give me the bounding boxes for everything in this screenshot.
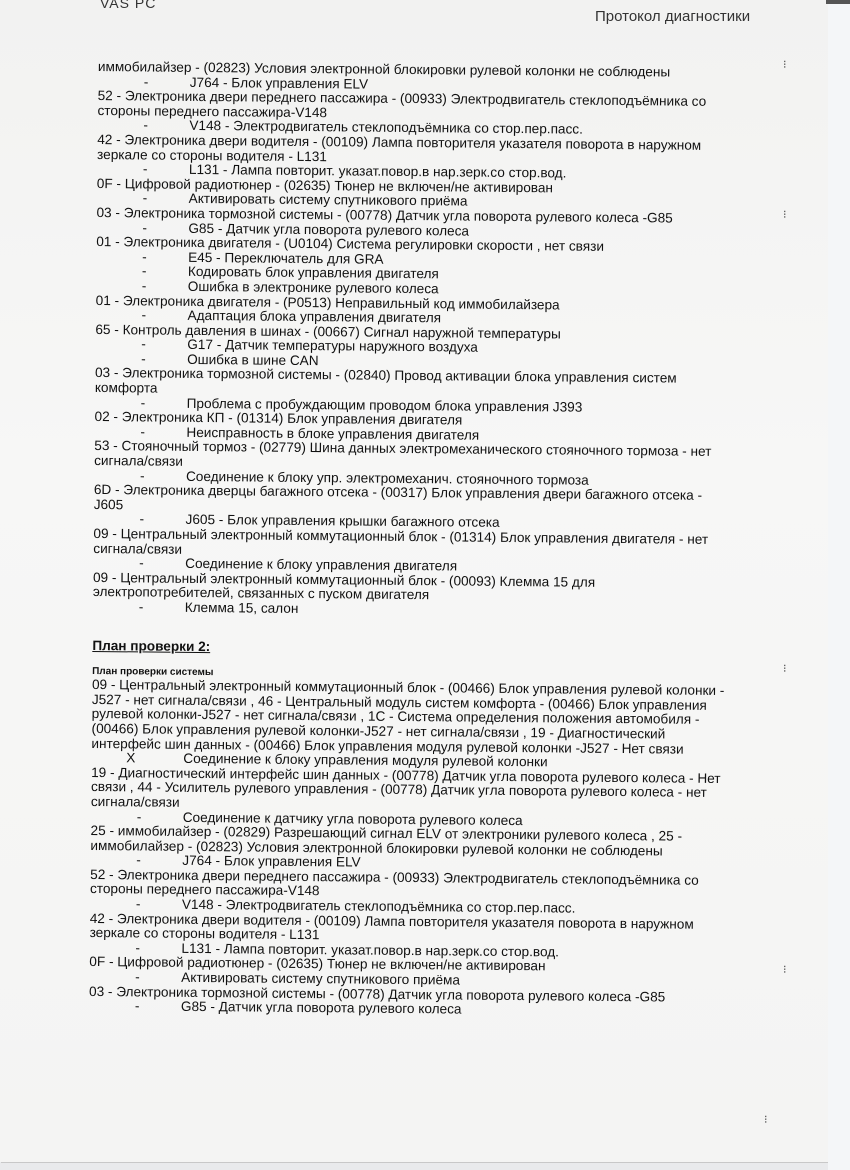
x-marker: X (126, 751, 135, 766)
bullet-dash: - (142, 250, 147, 265)
bullet-dash: - (144, 75, 149, 90)
page-edge-shadow (826, 0, 850, 4)
bullet-dash: - (141, 338, 146, 353)
fault-action-text: J605 - Блок управления крышки багажного … (186, 512, 500, 530)
bullet-dash: - (142, 221, 147, 236)
fault-action-text: Клемма 15, салон (185, 600, 299, 616)
punch-hole-mark: ⁝ (783, 963, 787, 976)
fault-action-text: Ошибка в шине CAN (187, 352, 319, 368)
fault-action-text: Неисправность в блоке управления двигате… (186, 425, 479, 443)
fault-action-text: L131 - Лампа повторит. указат.повор.в на… (181, 941, 559, 960)
fault-entry: 09 - Центральный электронный коммутацион… (91, 678, 772, 757)
fault-action-text: J764 - Блок управления ELV (182, 853, 360, 870)
bullet-dash: - (135, 1000, 140, 1015)
fault-action-text: J764 - Блок управления ELV (190, 74, 368, 91)
bullet-dash: - (140, 469, 145, 484)
fault-action-text: Проблема с пробуждающим проводом блока у… (187, 396, 583, 415)
fault-action-text: Адаптация блока управления двигателя (187, 308, 441, 325)
fault-action-text: Активировать систему спутникового приёма (181, 970, 460, 988)
bullet-dash: - (141, 309, 146, 324)
punch-hole-mark: ⁝ (783, 662, 787, 675)
bullet-dash: - (141, 396, 146, 411)
fault-action-text: Соединение к блоку управления двигателя (185, 556, 457, 574)
fault-list-part-1: иммобилайзер - (02823) Условия электронн… (93, 60, 778, 621)
fault-action-text: L131 - Лампа повторит. указат.повор.в на… (189, 162, 567, 181)
diagnostic-protocol: иммобилайзер - (02823) Условия электронн… (89, 60, 778, 1020)
fault-action-text: G85 - Датчик угла поворота рулевого коле… (188, 220, 469, 238)
bullet-dash: - (136, 897, 141, 912)
fault-action-text: Соединение к датчику угла поворота рулев… (183, 809, 523, 827)
bullet-dash: - (137, 810, 142, 825)
fault-list-part-2: 09 - Центральный электронный коммутацион… (89, 678, 772, 1020)
bullet-dash: - (139, 557, 144, 572)
bullet-dash: - (142, 279, 147, 294)
bullet-dash: - (143, 163, 148, 178)
fault-action-text: Активировать систему спутникового приёма (189, 191, 468, 209)
bullet-dash: - (135, 970, 140, 985)
fault-action-text: V148 - Электродвигатель стеклоподъёмника… (189, 118, 583, 137)
bullet-dash: - (140, 513, 145, 528)
fault-entry: 19 - Диагностический интерфейс шин данны… (91, 766, 771, 816)
bullet-dash: - (141, 352, 146, 367)
bullet-dash: - (136, 854, 141, 869)
punch-hole-mark: ⁝ (783, 58, 787, 71)
fault-action-text: G85 - Датчик угла поворота рулевого коле… (181, 999, 462, 1017)
fault-action-text: V148 - Электродвигатель стеклоподъёмника… (182, 897, 576, 916)
header-right: Протокол диагностики (595, 8, 750, 25)
bullet-dash: - (143, 119, 148, 134)
punch-hole-mark: ⁝ (783, 208, 787, 221)
bullet-dash: - (135, 941, 140, 956)
header-left: VAS PC (100, 0, 156, 11)
fault-action-text: Ошибка в электронике рулевого колеса (188, 279, 439, 296)
bullet-dash: - (143, 192, 148, 207)
fault-action-text: Соединение к блоку упр. электромеханич. … (186, 468, 589, 487)
bullet-dash: - (140, 425, 145, 440)
fault-action-text: Соединение к блоку управления модуля рул… (183, 751, 548, 769)
bullet-dash: - (142, 265, 147, 280)
punch-hole-mark: ⁝ (764, 1113, 768, 1126)
bullet-dash: - (139, 600, 144, 615)
page-edge (828, 0, 850, 1170)
